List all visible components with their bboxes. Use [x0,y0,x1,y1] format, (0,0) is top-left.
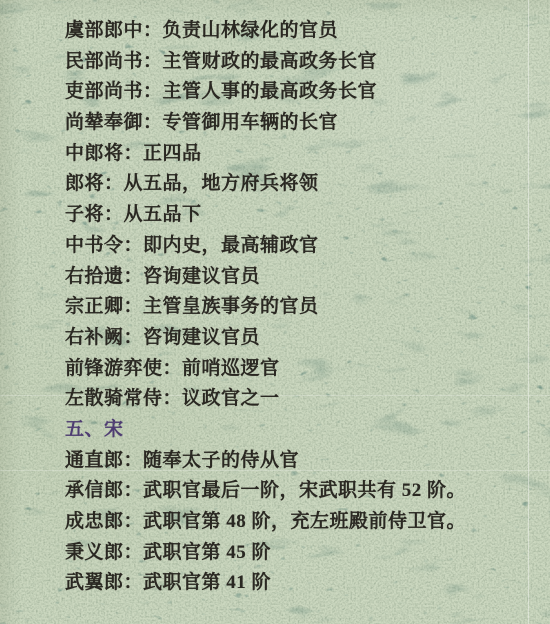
official-title: 右补阙 [65,327,124,348]
official-title: 宗正卿 [65,296,124,317]
official-title: 左散骑常侍 [65,388,163,409]
official-description: 主管财政的最高政务长官 [163,51,378,72]
entry-line: 宗正卿：主管皇族事务的官员 [65,292,538,323]
official-title: 子将 [65,204,104,225]
entry-line: 右补阙：咨询建议官员 [65,323,538,354]
entry-line: 通直郎：随奉太子的侍从官 [65,446,538,477]
official-title: 尚辇奉御 [65,112,143,133]
official-title: 通直郎 [65,450,124,471]
entry-line: 郎将：从五品，地方府兵将领 [65,169,538,200]
section-header-song: 五、宋 [65,415,538,446]
colon-separator: ： [124,296,144,317]
colon-separator: ： [124,266,144,287]
official-description: 专管御用车辆的长官 [163,112,339,133]
official-title: 武翼郎 [65,572,124,593]
official-description: 正四品 [143,143,202,164]
official-description: 主管人事的最高政务长官 [163,81,378,102]
official-title: 郎将 [65,173,104,194]
entry-line: 秉义郎：武职官第 45 阶 [65,538,538,569]
colon-separator: ： [124,572,144,593]
official-title: 秉义郎 [65,542,124,563]
colon-separator: ： [143,51,163,72]
official-title: 成忠郎 [65,511,124,532]
colon-separator: ： [124,511,144,532]
official-title: 承信郎 [65,480,124,501]
entry-line: 中郎将：正四品 [65,139,538,170]
entry-line: 左散骑常侍：议政官之一 [65,384,538,415]
entry-line: 虞部郎中：负责山林绿化的官员 [65,16,538,47]
entry-line: 前锋游弈使：前哨巡逻官 [65,354,538,385]
entry-line: 吏部尚书：主管人事的最高政务长官 [65,77,538,108]
official-description: 议政官之一 [182,388,280,409]
official-description: 武职官第 48 阶，充左班殿前侍卫官。 [143,511,466,532]
colon-separator: ： [124,327,144,348]
official-title: 虞部郎中 [65,20,143,41]
colon-separator: ： [163,358,183,379]
entry-line: 子将：从五品下 [65,200,538,231]
colon-separator: ： [104,173,124,194]
official-description: 随奉太子的侍从官 [143,450,299,471]
official-description: 主管皇族事务的官员 [143,296,319,317]
official-description: 从五品，地方府兵将领 [124,173,319,194]
official-description: 从五品下 [124,204,202,225]
official-description: 即内史，最高辅政官 [143,235,319,256]
entry-line: 尚辇奉御：专管御用车辆的长官 [65,108,538,139]
official-description: 武职官第 41 阶 [143,572,271,593]
colon-separator: ： [143,112,163,133]
entry-line: 成忠郎：武职官第 48 阶，充左班殿前侍卫官。 [65,507,538,538]
official-title: 民部尚书 [65,51,143,72]
official-description: 武职官第 45 阶 [143,542,271,563]
colon-separator: ： [163,388,183,409]
entry-line: 中书令：即内史，最高辅政官 [65,231,538,262]
colon-separator: ： [143,20,163,41]
colon-separator: ： [124,143,144,164]
entry-line: 承信郎：武职官最后一阶，宋武职共有 52 阶。 [65,476,538,507]
entry-line: 右拾遗：咨询建议官员 [65,262,538,293]
colon-separator: ： [104,204,124,225]
official-title: 中书令 [65,235,124,256]
official-description: 咨询建议官员 [143,327,260,348]
document-body: 虞部郎中：负责山林绿化的官员 民部尚书：主管财政的最高政务长官 吏部尚书：主管人… [65,16,538,599]
official-title: 右拾遗 [65,266,124,287]
official-title: 前锋游弈使 [65,358,163,379]
colon-separator: ： [124,235,144,256]
colon-separator: ： [143,81,163,102]
official-title: 吏部尚书 [65,81,143,102]
official-description: 负责山林绿化的官员 [163,20,339,41]
colon-separator: ： [124,450,144,471]
colon-separator: ： [124,480,144,501]
official-description: 武职官最后一阶，宋武职共有 52 阶。 [143,480,466,501]
official-description: 前哨巡逻官 [182,358,280,379]
entry-line: 武翼郎：武职官第 41 阶 [65,568,538,599]
entry-line: 民部尚书：主管财政的最高政务长官 [65,47,538,78]
colon-separator: ： [124,542,144,563]
official-description: 咨询建议官员 [143,266,260,287]
official-title: 中郎将 [65,143,124,164]
